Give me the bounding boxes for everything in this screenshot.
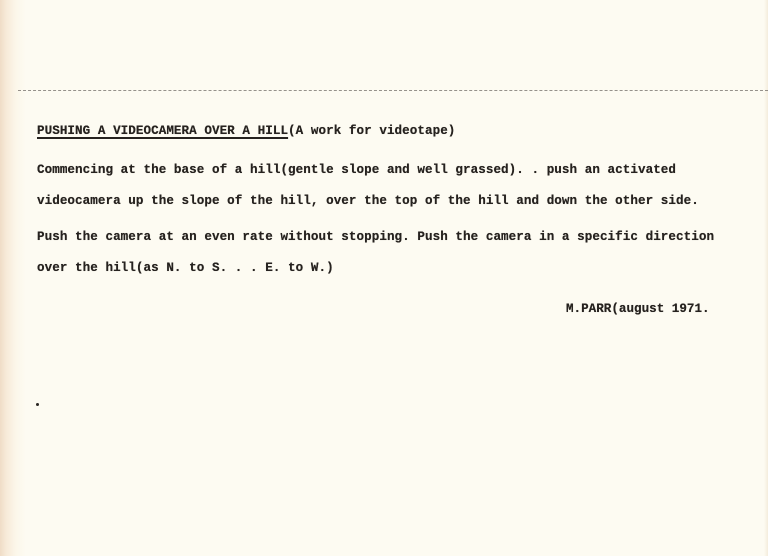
document-title: PUSHING A VIDEOCAMERA OVER A HILL <box>37 124 288 138</box>
paper-edge <box>764 0 768 556</box>
body-line: over the hill(as N. to S. . . E. to W.) <box>37 261 334 275</box>
body-line: Commencing at the base of a hill(gentle … <box>37 163 676 177</box>
body-line: videocamera up the slope of the hill, ov… <box>37 194 699 208</box>
document-subtitle: (A work for videotape) <box>288 124 455 138</box>
ink-speck <box>36 403 39 406</box>
document-heading: PUSHING A VIDEOCAMERA OVER A HILL(A work… <box>37 124 455 138</box>
body-line: Push the camera at an even rate without … <box>37 230 714 244</box>
signature: M.PARR(august 1971. <box>566 302 710 316</box>
paper-sheet <box>0 0 768 556</box>
dashed-divider <box>18 90 768 91</box>
